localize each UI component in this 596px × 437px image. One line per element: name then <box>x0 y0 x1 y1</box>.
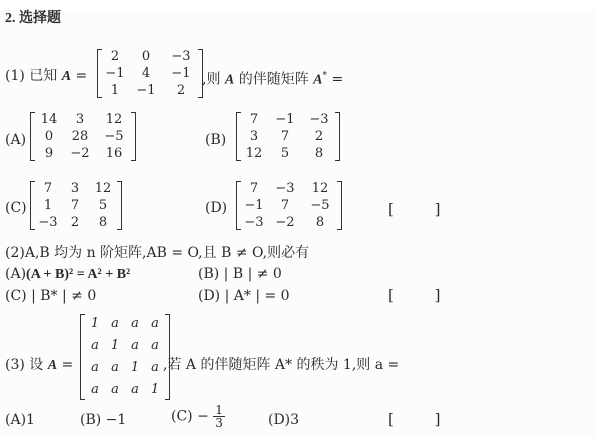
matrix-cell: 8 <box>89 214 117 231</box>
matrix-cell: −3 <box>303 111 335 128</box>
matrix-cell: 2 <box>61 214 89 231</box>
matrix-cell: −1 <box>128 82 164 99</box>
matrix-cell: 9 <box>35 145 63 162</box>
matrix-cell: 7 <box>241 111 267 128</box>
matrix-cell: 1 <box>125 357 145 379</box>
q1-option-a-matrix: 14312028−59−216 <box>30 111 136 162</box>
fraction-denominator: 3 <box>215 417 223 429</box>
matrix-cell: 1 <box>85 313 105 335</box>
matrix-cell: 2 <box>102 48 128 65</box>
matrix-cell: −1 <box>241 197 267 214</box>
matrix-cell: −3 <box>164 48 198 65</box>
q3-option-c-label: (C) <box>171 409 193 425</box>
matrix-cell: −5 <box>97 128 131 145</box>
matrix-cell: 2 <box>164 82 198 99</box>
q3-suffix: ,若 A 的伴随矩阵 A* 的秩为 1,则 a = <box>163 357 399 373</box>
matrix-cell: −3 <box>267 180 303 197</box>
matrix-cell: 2 <box>303 128 335 145</box>
q1-suffix: ,则 A 的伴随矩阵 A* = <box>202 68 343 89</box>
q1-option-b-label: (B) <box>205 132 226 148</box>
matrix-cell: 1 <box>145 379 165 401</box>
q2-option-a: (A)(A + B)² = A² + B² <box>5 266 130 283</box>
q3-option-b: (B) −1 <box>80 412 126 428</box>
q1-option-d-label: (D) <box>205 200 227 216</box>
q2-option-a-label: (A) <box>5 266 26 282</box>
matrix-cell: −1 <box>267 111 303 128</box>
matrix-cell: 7 <box>267 197 303 214</box>
matrix-cell: a <box>145 357 165 379</box>
q1-var: A <box>62 69 71 84</box>
q3-option-a-label: (A) <box>5 412 26 428</box>
matrix-cell: a <box>105 379 125 401</box>
matrix-cell: a <box>145 313 165 335</box>
q3-number: (3) <box>5 357 25 373</box>
q3-option-d-text: 3 <box>290 412 299 428</box>
q2-option-d-text: | A* | = 0 <box>225 288 290 304</box>
matrix-cell: −1 <box>102 65 128 82</box>
matrix-cell: −1 <box>164 65 198 82</box>
matrix-cell: 1 <box>102 82 128 99</box>
matrix-cell: 12 <box>241 145 267 162</box>
q3-option-a-text: 1 <box>26 412 35 428</box>
q2-option-b-label: (B) <box>198 266 219 282</box>
q3-option-c-fraction: 1 3 <box>213 404 225 429</box>
matrix-cell: 4 <box>128 65 164 82</box>
matrix-cell: 1 <box>35 197 61 214</box>
q3-prefix: 设 <box>29 357 43 373</box>
matrix-cell: −3 <box>35 214 61 231</box>
section-title: 2. 选择题 <box>5 11 61 27</box>
matrix-cell: 12 <box>97 111 131 128</box>
matrix-cell: 3 <box>63 111 97 128</box>
matrix-cell: 7 <box>35 180 61 197</box>
q1-prefix: 已知 <box>29 68 57 84</box>
q2-option-a-text: (A + B)² = A² + B² <box>26 267 130 282</box>
q3-option-d-label: (D) <box>268 412 290 428</box>
matrix-cell: 7 <box>61 197 89 214</box>
q2-answer-box[interactable]: [ ] <box>388 286 458 304</box>
matrix-cell: 8 <box>303 214 337 231</box>
matrix-cell: −5 <box>303 197 337 214</box>
q1-suffix-post: 的伴随矩阵 <box>239 72 309 88</box>
matrix-cell: 12 <box>89 180 117 197</box>
q2-option-c-text: | B* | ≠ 0 <box>31 288 96 304</box>
q1-adj-sup: * <box>323 71 328 81</box>
q3-matrix: 1aaaa1aaaa1aaaa1 <box>80 313 170 401</box>
q2-option-b: (B) | B | ≠ 0 <box>198 266 282 282</box>
matrix-cell: 16 <box>97 145 131 162</box>
matrix-cell: −2 <box>63 145 97 162</box>
matrix-cell: 8 <box>303 145 335 162</box>
q1-label: (1) 已知 A = <box>5 68 87 85</box>
q3-option-a: (A)1 <box>5 412 35 428</box>
q1-adj: A <box>313 73 322 88</box>
q3-eq: = <box>62 357 74 373</box>
q3-answer-box[interactable]: [ ] <box>388 410 458 428</box>
q1-eq: = <box>76 68 88 84</box>
q2-option-c: (C) | B* | ≠ 0 <box>5 288 96 304</box>
matrix-cell: a <box>105 313 125 335</box>
q1-matrix: 20−3−14−11−12 <box>97 48 203 99</box>
matrix-cell: 12 <box>303 180 337 197</box>
matrix-cell: 28 <box>63 128 97 145</box>
matrix-cell: a <box>125 335 145 357</box>
matrix-cell: a <box>125 379 145 401</box>
matrix-cell: 3 <box>61 180 89 197</box>
q3-label: (3) 设 A = <box>5 357 73 374</box>
matrix-cell: 1 <box>105 335 125 357</box>
q1-adj-eq: = <box>331 72 343 88</box>
matrix-cell: 0 <box>35 128 63 145</box>
q1-option-d-matrix: 7−312−17−5−3−28 <box>236 180 342 231</box>
q1-option-a-label: (A) <box>5 132 26 148</box>
matrix-cell: a <box>125 313 145 335</box>
matrix-cell: 5 <box>89 197 117 214</box>
matrix-cell: 3 <box>241 128 267 145</box>
matrix-cell: −2 <box>267 214 303 231</box>
q2-stem: (2)A,B 均为 n 阶矩阵,AB = O,且 B ≠ O,则必有 <box>5 245 309 261</box>
matrix-cell: 7 <box>241 180 267 197</box>
q1-option-c-matrix: 7312175−328 <box>30 180 122 231</box>
q1-option-c-label: (C) <box>5 200 27 216</box>
q3-option-b-label: (B) <box>80 412 101 428</box>
matrix-cell: a <box>85 335 105 357</box>
q3-option-c: (C) − 1 3 <box>171 404 225 429</box>
q2-option-c-label: (C) <box>5 288 27 304</box>
matrix-cell: a <box>145 335 165 357</box>
q2-option-d: (D) | A* | = 0 <box>198 288 290 304</box>
matrix-cell: −3 <box>241 214 267 231</box>
matrix-cell: a <box>85 357 105 379</box>
matrix-cell: a <box>85 379 105 401</box>
matrix-cell: 14 <box>35 111 63 128</box>
q1-suffix-var: A <box>225 73 234 88</box>
q3-option-b-text: −1 <box>106 412 127 428</box>
q1-suffix-pre: ,则 <box>202 72 220 88</box>
q3-var: A <box>48 358 57 373</box>
matrix-cell: 7 <box>267 128 303 145</box>
q2-option-d-label: (D) <box>198 288 220 304</box>
q2-option-b-text: | B | ≠ 0 <box>224 266 282 282</box>
q1-answer-box[interactable]: [ ] <box>388 200 458 218</box>
matrix-cell: 0 <box>128 48 164 65</box>
q3-option-d: (D)3 <box>268 412 299 428</box>
q3-option-c-text: − <box>197 409 209 425</box>
matrix-cell: 5 <box>267 145 303 162</box>
matrix-cell: a <box>105 357 125 379</box>
q1-option-b-matrix: 7−1−33721258 <box>236 111 340 162</box>
q1-number: (1) <box>5 68 25 84</box>
